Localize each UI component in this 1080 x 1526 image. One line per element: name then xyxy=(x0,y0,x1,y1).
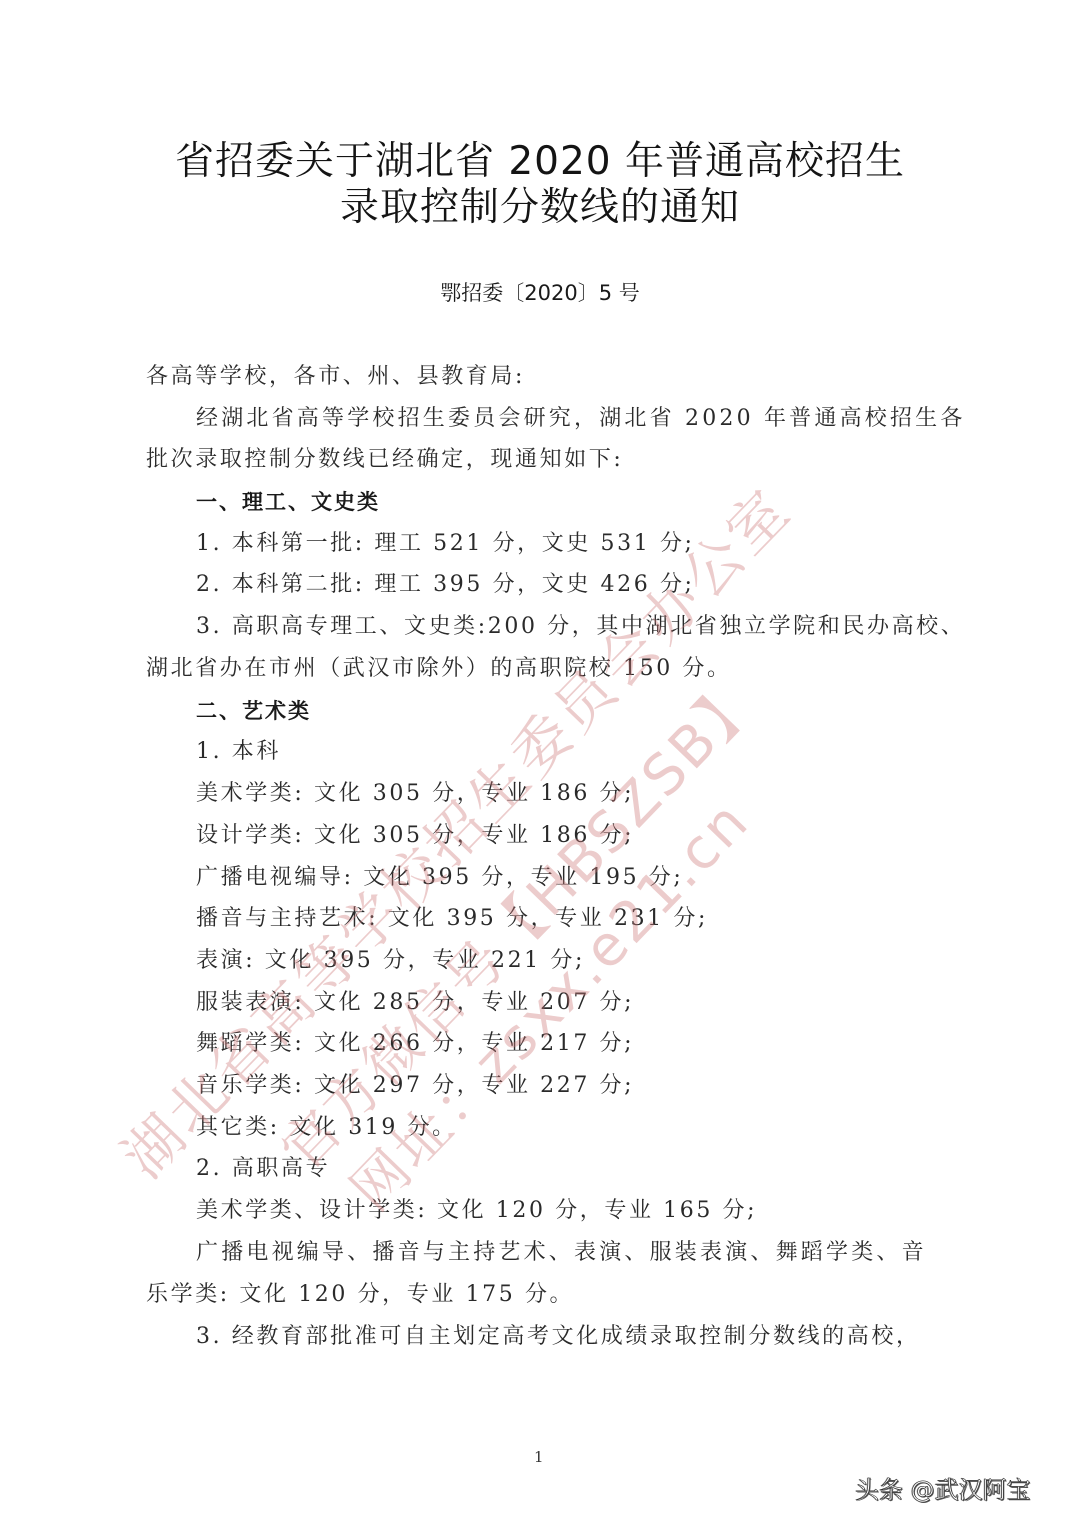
intro-paragraph-line2: 批次录取控制分数线已经确定，现通知如下: xyxy=(146,443,623,477)
section1-item-2: 2. 本科第二批: 理工 395 分，文史 426 分; xyxy=(196,568,695,602)
section2-sub1-label: 1. 本科 xyxy=(196,735,281,769)
art-vocational-row-cont: 乐学类: 文化 120 分，专业 175 分。 xyxy=(146,1278,574,1312)
document-page: 省招委关于湖北省 2020 年普通高校招生 录取控制分数线的通知 鄂招委〔202… xyxy=(0,0,1080,1526)
section1-item-3: 3. 高职高专理工、文史类:200 分，其中湖北省独立学院和民办高校、 xyxy=(196,610,965,644)
art-undergrad-row: 音乐学类: 文化 297 分，专业 227 分; xyxy=(196,1069,634,1103)
art-undergrad-row: 播音与主持艺术: 文化 395 分，专业 231 分; xyxy=(196,902,708,936)
source-credit: 头条 @武汉阿宝 xyxy=(855,1470,1031,1505)
salutation: 各高等学校，各市、州、县教育局: xyxy=(146,360,525,394)
intro-paragraph-line1: 经湖北省高等学校招生委员会研究，湖北省 2020 年普通高校招生各 xyxy=(196,402,966,436)
section1-heading: 一、理工、文史类 xyxy=(196,485,380,519)
section2-sub2-label: 2. 高职高专 xyxy=(196,1152,330,1186)
page-number: 1 xyxy=(534,1448,544,1466)
section1-item-1: 1. 本科第一批: 理工 521 分，文史 531 分; xyxy=(196,527,695,561)
art-undergrad-row: 其它类: 文化 319 分。 xyxy=(196,1111,457,1145)
section2-heading: 二、艺术类 xyxy=(196,694,311,728)
section1-item-3-cont: 湖北省办在市州（武汉市除外）的高职院校 150 分。 xyxy=(146,652,732,686)
document-title-line2: 录取控制分数线的通知 xyxy=(0,183,1080,233)
document-number: 鄂招委〔2020〕5 号 xyxy=(0,276,1080,310)
art-vocational-row: 美术学类、设计学类: 文化 120 分，专业 165 分; xyxy=(196,1194,757,1228)
art-undergrad-row: 服装表演: 文化 285 分，专业 207 分; xyxy=(196,986,634,1020)
art-undergrad-row: 表演: 文化 395 分，专业 221 分; xyxy=(196,944,585,978)
art-undergrad-row: 舞蹈学类: 文化 266 分，专业 217 分; xyxy=(196,1027,634,1061)
section2-sub3-line: 3. 经教育部批准可自主划定高考文化成绩录取控制分数线的高校， xyxy=(196,1320,921,1354)
art-undergrad-row: 设计学类: 文化 305 分，专业 186 分; xyxy=(196,819,634,853)
document-title-line1: 省招委关于湖北省 2020 年普通高校招生 xyxy=(0,137,1080,187)
art-vocational-row: 广播电视编导、播音与主持艺术、表演、服装表演、舞蹈学类、音 xyxy=(196,1236,927,1270)
art-undergrad-row: 广播电视编导: 文化 395 分，专业 195 分; xyxy=(196,861,683,895)
art-undergrad-row: 美术学类: 文化 305 分，专业 186 分; xyxy=(196,777,634,811)
